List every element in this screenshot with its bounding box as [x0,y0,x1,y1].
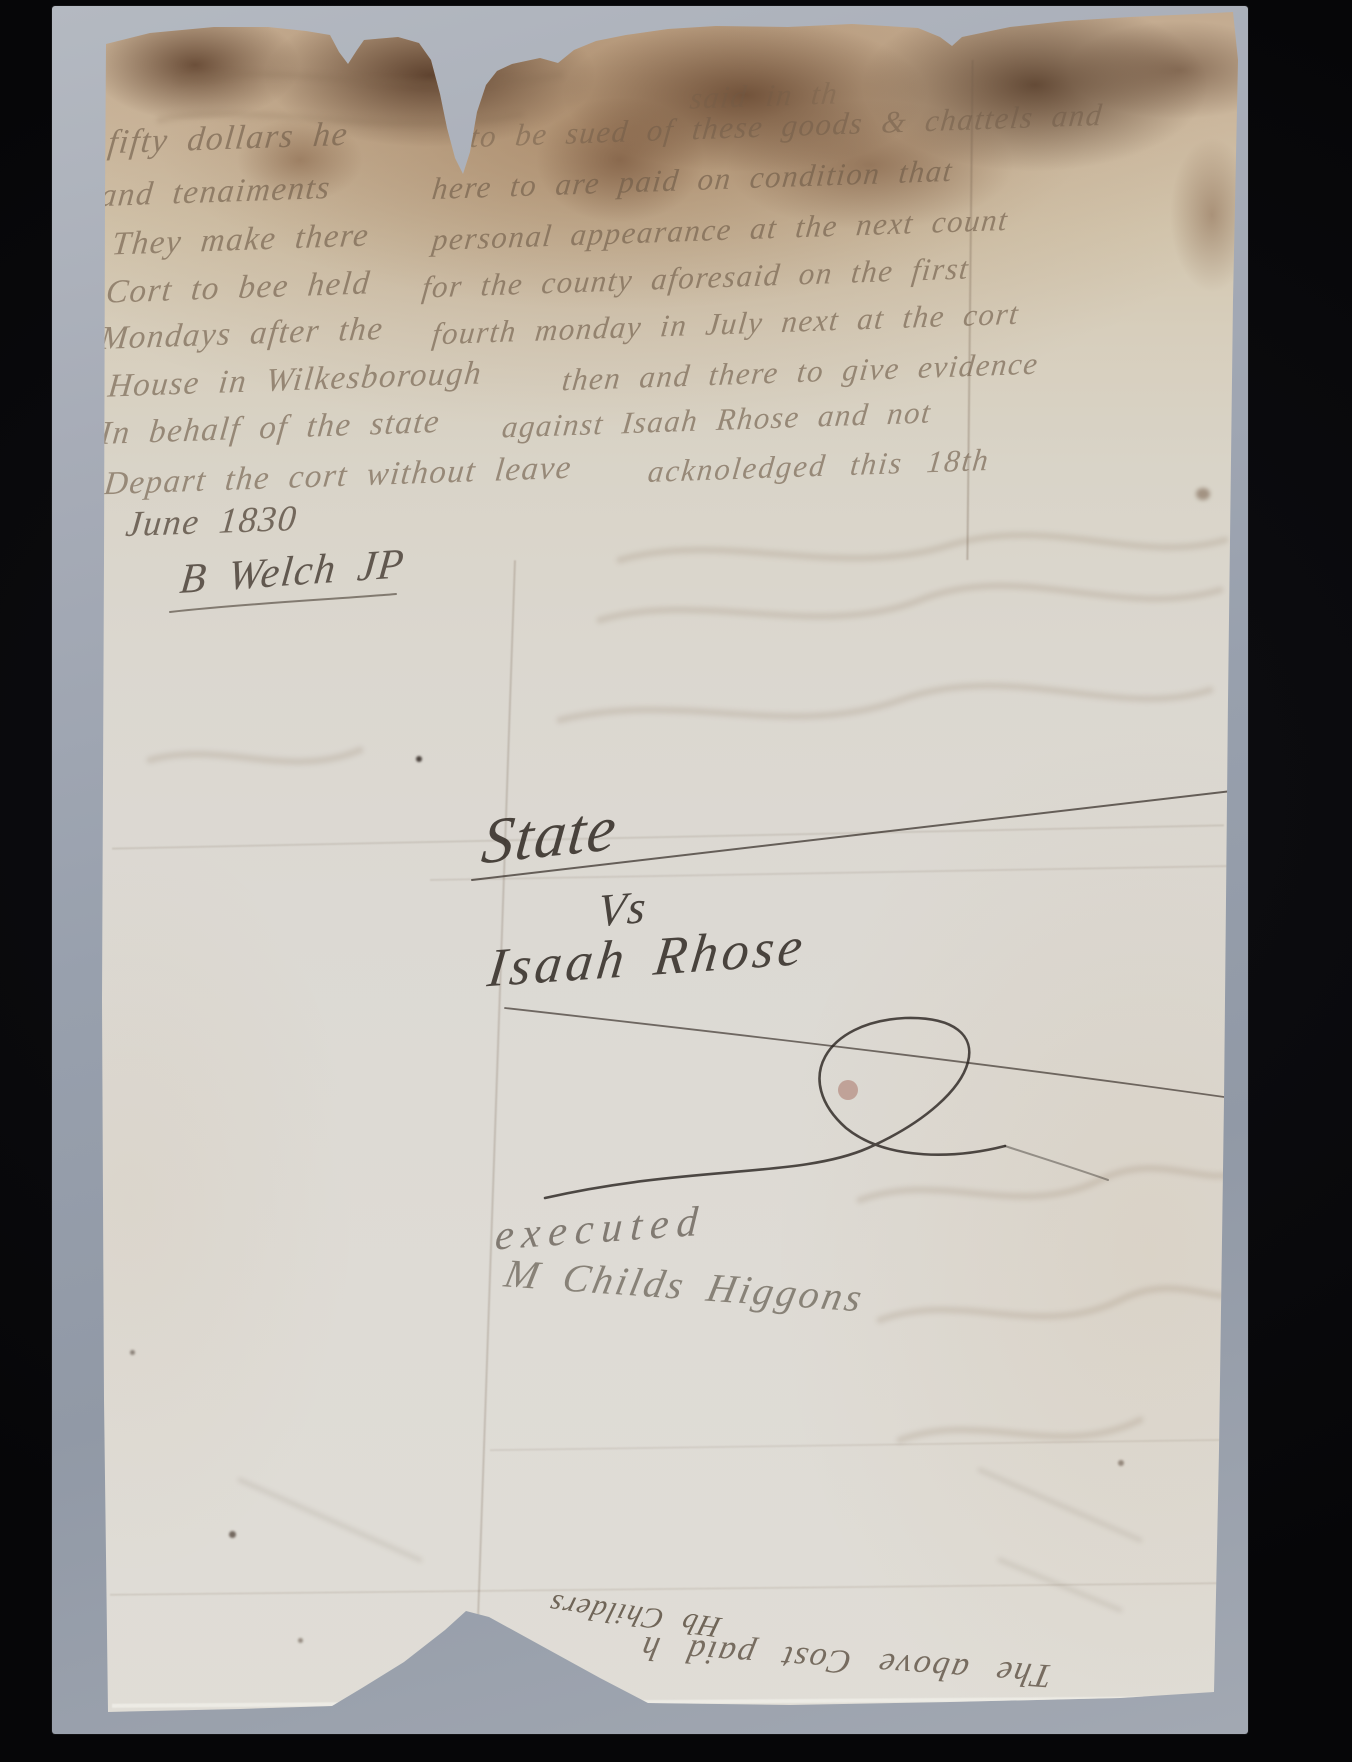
ink-flourish-strokes [0,0,1352,1762]
photo-stage: said in th fifty dollars he to be sued o… [0,0,1352,1762]
ink-spot-5 [1118,1460,1124,1466]
ink-spot-4 [130,1350,135,1355]
ink-spot-3 [298,1638,303,1643]
ink-spot-2 [229,1531,236,1538]
ink-spot-1 [416,756,422,762]
stain-spot-right-edge [1196,488,1210,500]
manuscript-paper: said in th fifty dollars he to be sued o… [0,0,1352,1762]
